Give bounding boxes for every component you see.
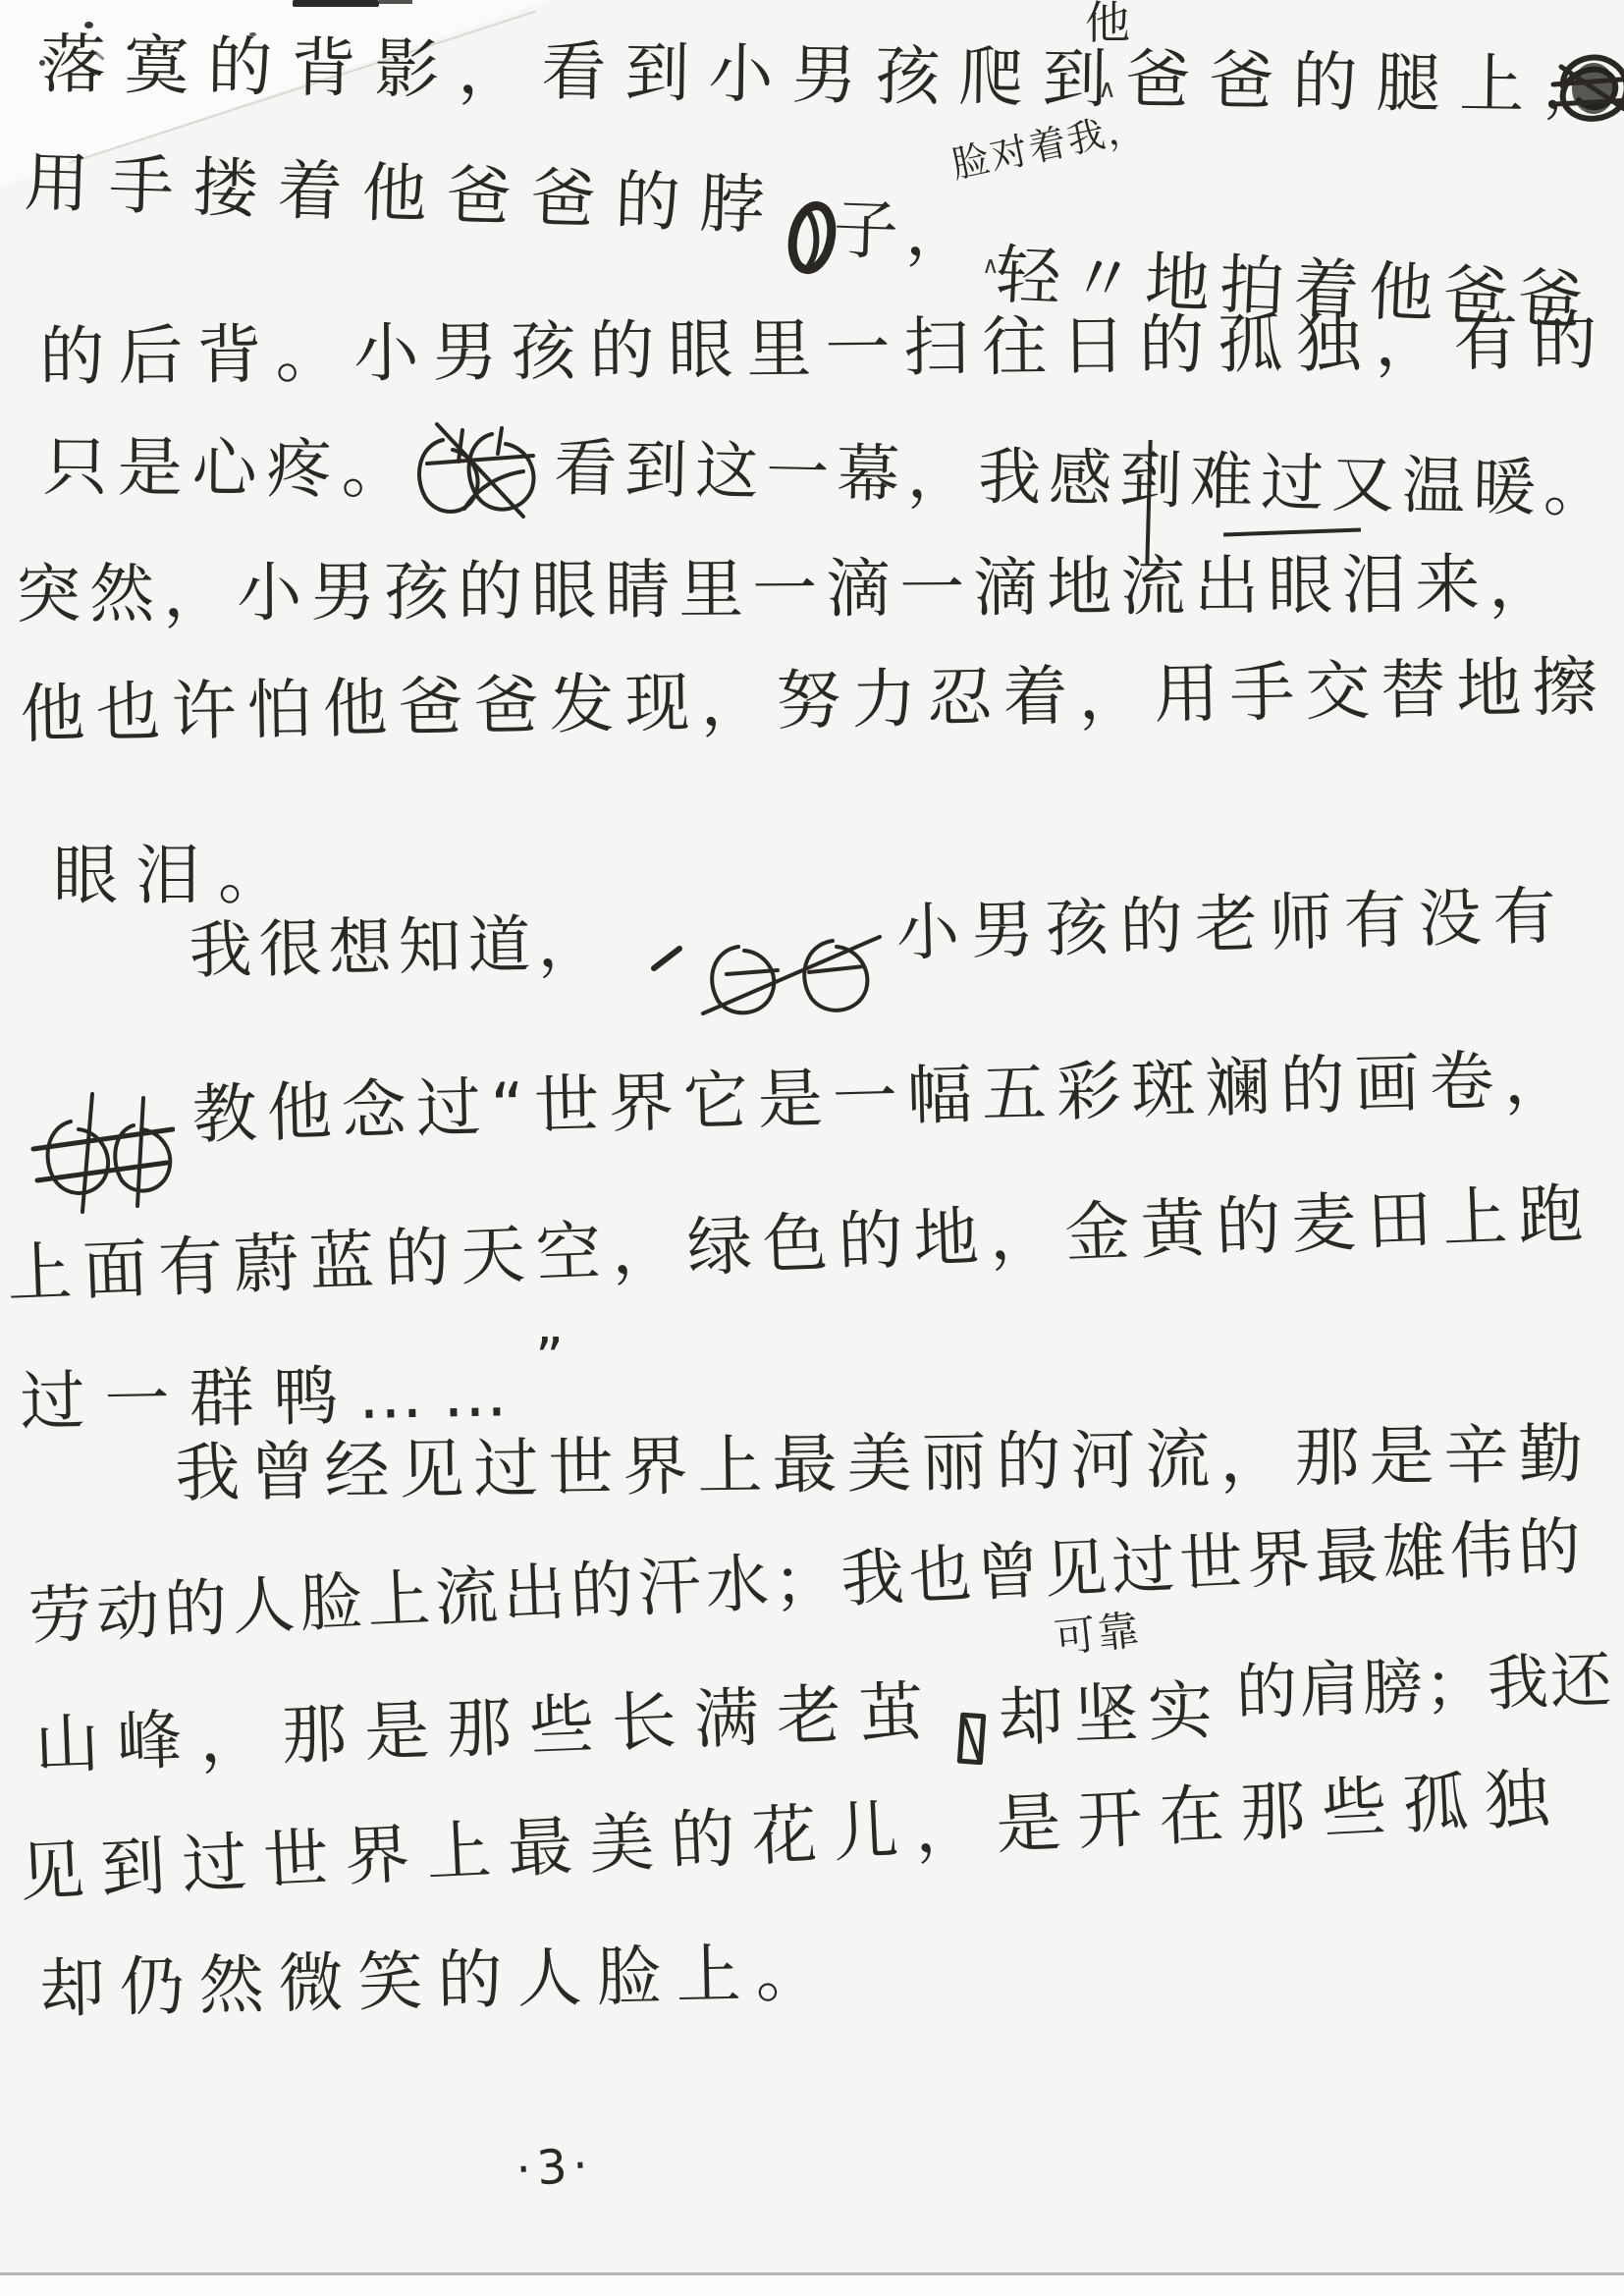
handwriting-line-15: 见到过世界上最美的花儿，是开在那些孤独 [18,1763,1568,1910]
caret-mark-line-1: ∧ [1098,77,1116,102]
scanned-handwritten-page: 落寞的背影，看到小男孩爬到爸爸的腿上， 他 ∧ 用手搂着他爸爸的脖 子， 脸对着… [0,0,1624,2296]
caret-mark-line-14: 人 [1098,1695,1123,1721]
handwriting-line-14-seg3: 的肩膀；我还 [1235,1647,1614,1727]
scribble-crossout-line1 [1549,47,1624,130]
handwriting-line-2-seg2: 子， [832,194,979,271]
inserted-note-line-14: 可靠 [1053,1610,1143,1660]
handwriting-line-5: 突然，小男孩的眼睛里一滴一滴地流出眼泪来， [16,549,1562,631]
handwriting-line-13: 劳动的人脸上流出的汗水；我也曾见过世界最雄伟的 [27,1512,1588,1652]
scribble-box-line14 [954,1710,990,1769]
page-number: ·3· [514,2141,595,2193]
handwriting-line-9: 教他念过“世界它是一幅五彩斑斓的画卷， [191,1044,1580,1152]
handwriting-line-2-seg1: 用手搂着他爸爸的脖 [24,147,785,243]
handwriting-line-16: 却仍然微笑的人脸上。 [39,1938,836,2026]
handwriting-line-8-seg1: 我很想知道， [189,910,608,987]
handwriting-line-4-seg1: 只是心疼。 [42,432,416,507]
handwriting-line-6: 他也许怕他爸爸发现，努力忍着，用手交替地擦 [20,652,1608,751]
inserted-char-line-1: 他 [1085,0,1130,45]
handwriting-line-7: 眼泪。 [53,841,300,912]
scan-edge-bottom [0,2272,1624,2296]
scan-artifact-top-bar2 [379,0,412,4]
handwriting-line-10: 上面有蔚蓝的天空，绿色的地，金黄的麦田上跑 [6,1178,1596,1311]
handwriting-line-11: 过一群鸭…… [20,1358,527,1439]
handwriting-line-12: 我曾经见过世界上最美丽的河流，那是辛勤 [175,1419,1594,1510]
handwriting-line-3: 的后背。小男孩的眼里一扫往日的孤独，有的 [39,305,1611,393]
handwriting-line-1: 落寞的背影，看到小男孩爬到爸爸的腿上， [40,29,1624,123]
handwriting-line-8-seg2: 小男孩的老师有没有 [895,882,1569,968]
scribble-crossout-line4 [407,412,545,530]
underline-stroke [1223,528,1361,537]
inserted-note-line-2: 脸对着我， [948,106,1149,184]
scan-artifact-top-bar [293,0,379,7]
scribble-crossout-line8 [648,921,884,1034]
handwriting-line-4-seg2: 看到这一幕，我感到难过又温暖。 [554,434,1615,525]
scribble-crossout-line9 [27,1088,175,1221]
handwriting-line-14-seg1: 山峰，那是那些长满老茧 [33,1676,943,1782]
closing-quote-line-11: ” [535,1332,564,1387]
